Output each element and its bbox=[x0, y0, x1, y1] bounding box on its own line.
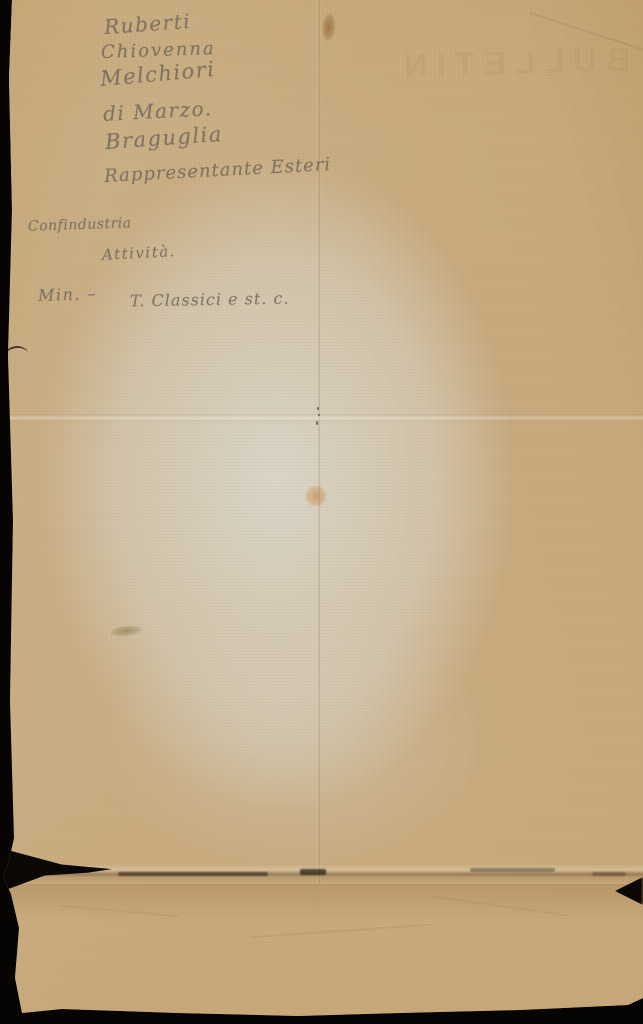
fold-shadow-streak bbox=[592, 872, 626, 876]
below-fold-strip bbox=[0, 884, 643, 1016]
bleed-through-text: BULLETIN bbox=[378, 41, 631, 86]
fiber-left-edge bbox=[3, 344, 29, 361]
handwritten-line: T. Classici e st. c. bbox=[130, 289, 290, 311]
handwritten-line: Ruberti bbox=[103, 9, 192, 39]
crease-intersection-marks bbox=[316, 406, 322, 428]
handwritten-line: di Marzo. bbox=[102, 96, 213, 126]
photo-background: BULLETIN Ruberti Chiovenna Melchiori di … bbox=[0, 0, 643, 1024]
handwritten-line: Braguglia bbox=[104, 122, 223, 154]
handwritten-line: Attività. bbox=[102, 242, 177, 264]
smudge-left bbox=[110, 624, 143, 637]
fold-shadow-streak bbox=[118, 872, 268, 876]
fold-shadow-streak bbox=[470, 868, 555, 872]
handwritten-line: Min. – bbox=[38, 284, 98, 305]
handwritten-line: Rappresentante Esteri bbox=[104, 154, 332, 187]
stain-center bbox=[305, 485, 327, 507]
handwritten-line: Confindustria bbox=[28, 215, 132, 235]
fold-shadow-streak bbox=[300, 869, 326, 875]
vertical-fold-crease bbox=[317, 0, 321, 884]
document-page: BULLETIN Ruberti Chiovenna Melchiori di … bbox=[0, 0, 643, 1024]
stain-top-center bbox=[319, 4, 340, 43]
